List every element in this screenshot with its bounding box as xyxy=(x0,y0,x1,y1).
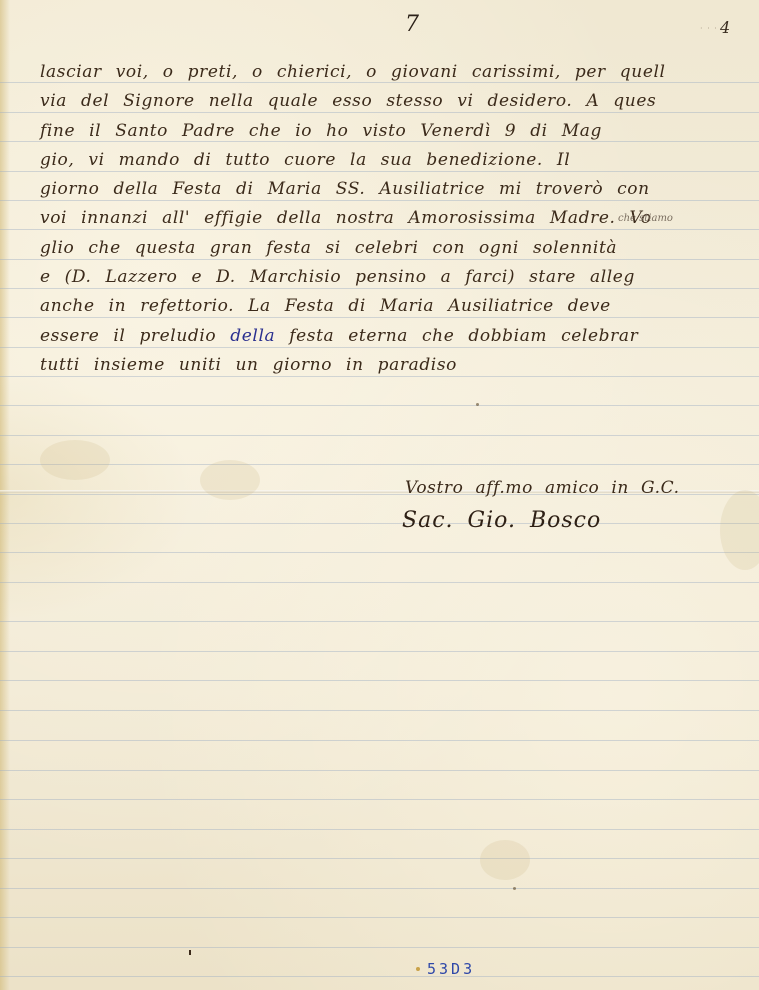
text-line: e (D. Lazzero e D. Marchisio pensino a f… xyxy=(40,263,759,292)
signature: Sac. Gio. Bosco xyxy=(402,508,601,533)
text-segment: festa eterna che dobbiam celebrar xyxy=(275,326,638,346)
text-line: anche in refettorio. La Festa di Maria A… xyxy=(40,292,759,321)
page-number: 7 xyxy=(405,12,419,37)
paper-stain xyxy=(720,490,759,570)
text-line-with-correction: essere il preludio della festa eterna ch… xyxy=(40,322,759,351)
ruled-line xyxy=(0,405,759,406)
ink-speck xyxy=(513,887,516,890)
text-line: lasciar voi, o preti, o chierici, o giov… xyxy=(40,58,759,87)
corner-mark: · · · xyxy=(700,24,718,33)
text-line: glio che questa gran festa si celebri co… xyxy=(40,234,759,263)
ruled-line xyxy=(0,680,759,681)
closing-salutation: Vostro aff.mo amico in G.C. xyxy=(405,478,680,498)
ruled-line xyxy=(0,552,759,553)
margin-mark xyxy=(189,950,191,955)
ruled-line xyxy=(0,947,759,948)
ruled-line xyxy=(0,770,759,771)
paper-stain xyxy=(480,840,530,880)
ruled-line xyxy=(0,829,759,830)
interlinear-note: che stiamo xyxy=(618,213,673,224)
ruled-line xyxy=(0,888,759,889)
ruled-line xyxy=(0,582,759,583)
archive-dot xyxy=(416,967,420,971)
ruled-line xyxy=(0,464,759,465)
manuscript-page: 7 · · · 4 lasciar voi, o preti, o chieri… xyxy=(0,0,759,990)
ruled-line xyxy=(0,740,759,741)
archive-number: 53D3 xyxy=(427,960,475,978)
text-line: tutti insieme uniti un giorno in paradis… xyxy=(40,351,759,380)
paper-stain xyxy=(200,460,260,500)
blue-ink-correction: della xyxy=(230,326,275,346)
paper-edge xyxy=(0,0,10,990)
ruled-line xyxy=(0,976,759,977)
ruled-line xyxy=(0,710,759,711)
text-line: fine il Santo Padre che io ho visto Vene… xyxy=(40,117,759,146)
text-line: giorno della Festa di Maria SS. Ausiliat… xyxy=(40,175,759,204)
ruled-line xyxy=(0,799,759,800)
ruled-line xyxy=(0,917,759,918)
ruled-line xyxy=(0,523,759,524)
text-line: via del Signore nella quale esso stesso … xyxy=(40,87,759,116)
ruled-line xyxy=(0,858,759,859)
paper-stain xyxy=(40,440,110,480)
text-segment: essere il preludio xyxy=(40,326,230,346)
ink-speck xyxy=(476,403,479,406)
folio-number: 4 xyxy=(720,18,730,37)
ruled-line xyxy=(0,651,759,652)
ruled-line xyxy=(0,435,759,436)
text-line: gio, vi mando di tutto cuore la sua bene… xyxy=(40,146,759,175)
ruled-line xyxy=(0,621,759,622)
